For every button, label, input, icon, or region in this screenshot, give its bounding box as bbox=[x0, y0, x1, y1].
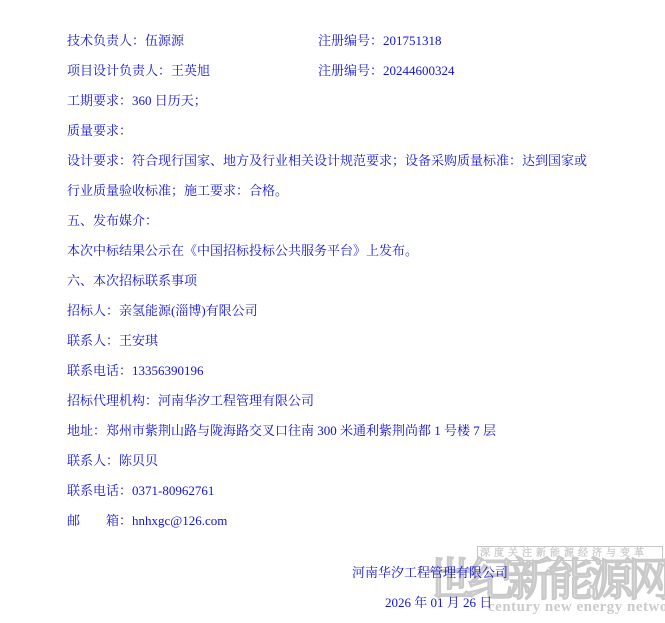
line-design-lead: 项目设计负责人：王英旭 注册编号：20244600324 bbox=[67, 56, 625, 86]
line-contact-phone-1: 联系电话：13356390196 bbox=[67, 356, 625, 386]
line-design-requirement-2: 行业质量验收标准；施工要求：合格。 bbox=[67, 176, 625, 206]
line-technical-lead: 技术负责人：伍源源 注册编号：201751318 bbox=[67, 26, 625, 56]
heading-publish-media: 五、发布媒介： bbox=[67, 206, 625, 236]
registration-number-2: 注册编号：20244600324 bbox=[318, 56, 455, 86]
line-quality-requirement: 质量要求： bbox=[67, 116, 625, 146]
line-tenderee: 招标人：亲氢能源(淄博)有限公司 bbox=[67, 296, 625, 326]
document-body: 技术负责人：伍源源 注册编号：201751318 项目设计负责人：王英旭 注册编… bbox=[67, 26, 625, 536]
technical-lead-text: 技术负责人：伍源源 bbox=[67, 33, 184, 48]
line-agency: 招标代理机构：河南华汐工程管理有限公司 bbox=[67, 386, 625, 416]
registration-number-1: 注册编号：201751318 bbox=[318, 26, 442, 56]
line-duration-requirement: 工期要求：360 日历天； bbox=[67, 86, 625, 116]
line-publish-platform: 本次中标结果公示在《中国招标投标公共服务平台》上发布。 bbox=[67, 236, 625, 266]
signature-date: 2026 年 01 月 26 日 bbox=[385, 595, 492, 610]
watermark-brand-english: century new energy network bbox=[488, 599, 665, 616]
heading-contact-matters: 六、本次招标联系事项 bbox=[67, 266, 625, 296]
announcement-document-page: 技术负责人：伍源源 注册编号：201751318 项目设计负责人：王英旭 注册编… bbox=[0, 0, 665, 623]
line-email: 邮 箱：hnhxgc@126.com bbox=[67, 506, 625, 536]
line-contact-phone-2: 联系电话：0371-80962761 bbox=[67, 476, 625, 506]
line-design-requirement-1: 设计要求：符合现行国家、地方及行业相关设计规范要求；设备采购质量标准：达到国家或 bbox=[67, 146, 625, 176]
line-contact-person-1: 联系人：王安琪 bbox=[67, 326, 625, 356]
line-address: 地址：郑州市紫荆山路与陇海路交叉口往南 300 米通利紫荆尚都 1 号楼 7 层 bbox=[67, 416, 625, 446]
line-contact-person-2: 联系人：陈贝贝 bbox=[67, 446, 625, 476]
design-lead-text: 项目设计负责人：王英旭 bbox=[67, 63, 210, 78]
signature-company: 河南华汐工程管理有限公司 bbox=[352, 565, 508, 580]
